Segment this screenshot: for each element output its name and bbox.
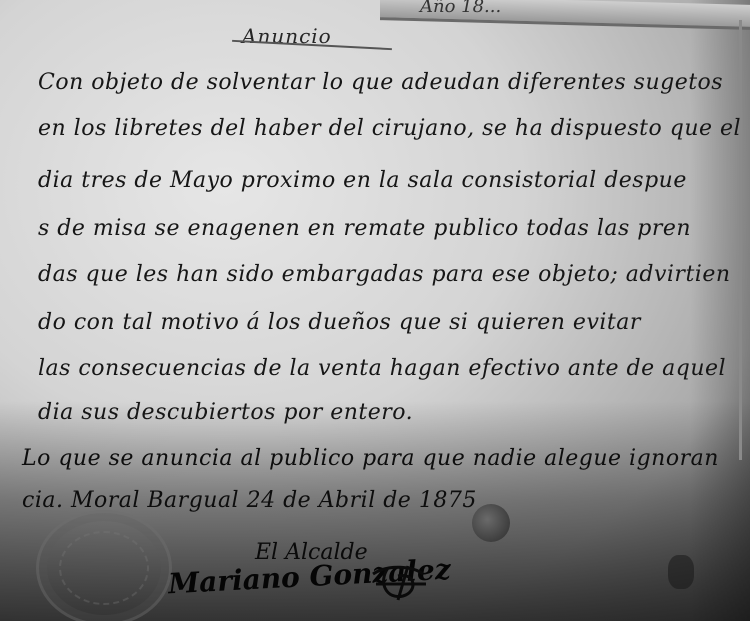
- body-line: do con tal motivo á los dueños que si qu…: [38, 310, 641, 335]
- page-edge: [739, 20, 742, 460]
- top-fragment-text: Año 18...: [420, 0, 501, 17]
- wax-dot-icon: [472, 504, 510, 542]
- body-line: das que les han sido embargadas para ese…: [38, 262, 731, 287]
- body-line: Con objeto de solventar lo que adeudan d…: [38, 70, 723, 95]
- manuscript-page: Año 18... Anuncio Con objeto de solventa…: [0, 0, 750, 621]
- body-line: dia tres de Mayo proximo en la sala cons…: [38, 168, 687, 193]
- closing-line: cia. Moral Bargual 24 de Abril de 1875: [22, 488, 477, 513]
- body-line: s de misa se enagenen en remate publico …: [38, 216, 691, 241]
- body-line: en los libretes del haber del cirujano, …: [38, 116, 741, 141]
- seal-inner-ring: [59, 531, 149, 605]
- signature-rubric-icon: [368, 562, 428, 602]
- body-line: las consecuencias de la venta hagan efec…: [38, 356, 726, 381]
- body-line: dia sus descubiertos por entero.: [38, 400, 413, 425]
- closing-line: Lo que se anuncia al publico para que na…: [22, 446, 719, 471]
- embossed-seal-icon: [36, 510, 172, 621]
- ink-blot: [668, 555, 694, 589]
